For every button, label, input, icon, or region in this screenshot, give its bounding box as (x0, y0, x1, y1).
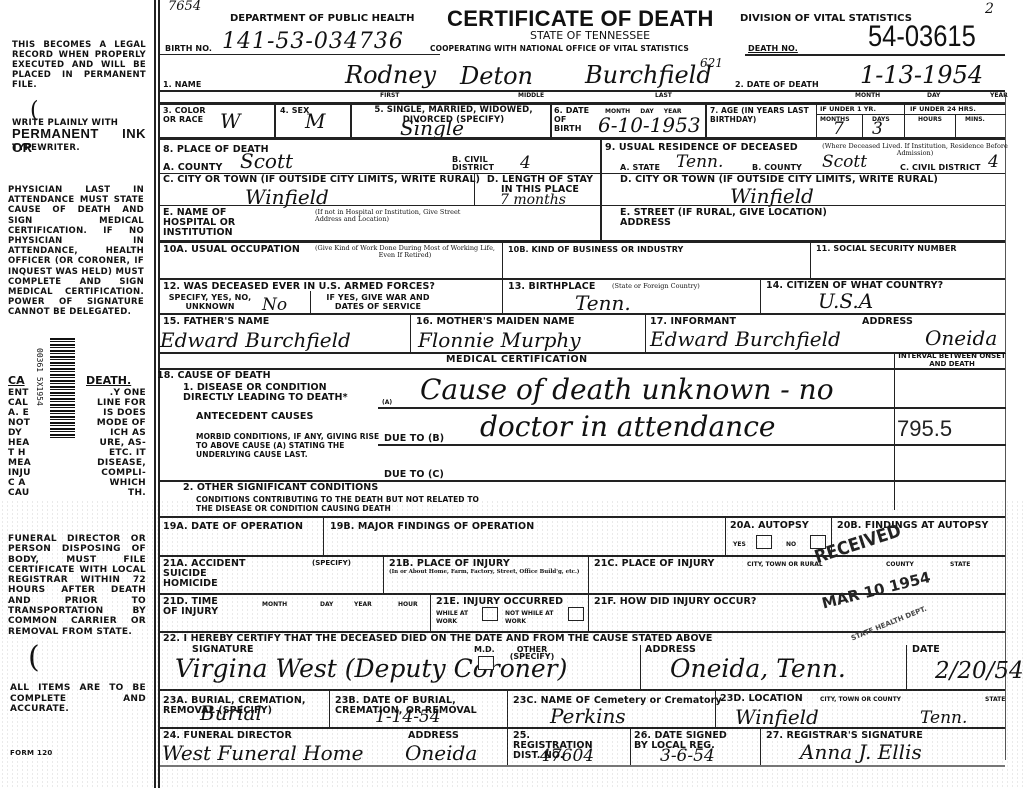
cooperating-label: COOPERATING WITH NATIONAL OFFICE OF VITA… (430, 44, 689, 53)
death-no-value: 54-03615 (868, 20, 976, 54)
divider (760, 729, 761, 765)
section-divider (160, 240, 1005, 243)
armed-forces-label: 12. WAS DECEASED EVER IN U.S. ARMED FORC… (163, 282, 435, 292)
county-label: A. COUNTY (163, 163, 222, 173)
divider (600, 139, 602, 241)
section-divider (160, 313, 1005, 315)
certifier-address-value: Oneida, Tenn. (670, 658, 846, 680)
last-name-value: Burchfield (585, 64, 712, 86)
father-value: Edward Burchfield (160, 329, 351, 351)
certify-date-label: DATE (912, 645, 940, 655)
received-stamp-dept: STATE HEALTH DEPT. (850, 605, 928, 643)
section-divider (160, 102, 1005, 105)
form-border-left-outer (154, 0, 156, 788)
divider (310, 291, 311, 313)
dob-label: 6. DATE OF BIRTH (554, 106, 594, 133)
cause-heading-right: DEATH. (86, 375, 131, 387)
certificate-title: CERTIFICATE OF DEATH (447, 7, 714, 31)
birthplace-note: (State or Foreign Country) (612, 283, 700, 290)
funeral-address-value: Oneida (405, 742, 477, 764)
received-stamp-date: MAR 10 1954 (820, 568, 932, 612)
certify-label: 22. I HEREBY CERTIFY THAT THE DECEASED D… (163, 634, 712, 644)
not-while-work-label: NOT WHILE AT WORK (505, 610, 563, 626)
location-state-value: Tenn. (920, 707, 967, 729)
legal-record-note: THIS BECOMES A LEGAL RECORD WHEN PROPERL… (12, 40, 146, 90)
autopsy-no-label: NO (786, 541, 796, 548)
mins-label: MINS. (965, 116, 985, 123)
divider (323, 518, 324, 556)
form-bottom-border (160, 765, 1005, 767)
middle-name-value: Deton (460, 65, 533, 87)
due-to-c-label: DUE TO (C) (384, 470, 444, 480)
divider (378, 407, 1006, 409)
divider (705, 104, 707, 137)
res-city-value: Winfield (730, 185, 814, 207)
while-work-checkbox[interactable] (482, 607, 498, 621)
divider (906, 645, 907, 689)
place-injury-note: (In or About Home, Farm, Factory, Street… (389, 569, 580, 576)
divider (816, 114, 1006, 115)
cause-of-death-label: 18. CAUSE OF DEATH (157, 371, 271, 381)
war-label: IF YES, GIVE WAR AND DATES OF SERVICE (318, 293, 438, 311)
funeral-director-label: 24. FUNERAL DIRECTOR (163, 731, 292, 741)
autopsy-label: 20A. AUTOPSY (730, 521, 809, 531)
divider (410, 315, 411, 353)
birth-no-label: BIRTH NO. (165, 44, 212, 53)
form-number: FORM 120 (10, 748, 53, 758)
divider (507, 729, 508, 765)
hours-label: HOURS (918, 116, 942, 123)
length-of-stay-value: 7 months (500, 189, 566, 211)
section-divider (160, 516, 1005, 518)
date-signed-value: 3-6-54 (660, 745, 715, 767)
place-injury-c-label: 21C. PLACE OF INJURY (594, 559, 715, 569)
divider (715, 691, 716, 727)
form-border-left-inner (158, 0, 160, 788)
operation-date-label: 19A. DATE OF OPERATION (163, 522, 303, 532)
mother-value: Flonnie Murphy (418, 329, 581, 351)
injury-occurred-label: 21E. INJURY OCCURRED (436, 597, 563, 607)
injury-state-label: STATE (950, 561, 970, 568)
res-civil-label: C. CIVIL DISTRICT (900, 163, 981, 172)
under24-label: IF UNDER 24 HRS. (910, 106, 976, 113)
year-label: YEAR (990, 92, 1008, 99)
section-divider (160, 555, 1005, 557)
occupation-note: (Give Kind of Work Done During Most of W… (315, 245, 495, 259)
birth-no-value: 141-53-034736 (222, 31, 404, 53)
divider (600, 205, 1005, 206)
autopsy-yes-label: YES (733, 541, 746, 548)
civil-district-label: B. CIVIL DISTRICT (452, 156, 512, 172)
divider (160, 368, 1005, 370)
md-checkbox[interactable] (478, 656, 494, 670)
other-conditions-note: CONDITIONS CONTRIBUTING TO THE DEATH BUT… (196, 495, 496, 513)
color-value: W (220, 110, 241, 132)
bracket-mark-icon: ( (28, 640, 40, 675)
date-of-death-label: 2. DATE OF DEATH (735, 80, 819, 89)
location-sub-label: CITY, TOWN OR COUNTY (820, 696, 901, 703)
registration-value: 47604 (540, 745, 594, 767)
location-value: Winfield (735, 706, 819, 728)
divider (383, 556, 384, 594)
accident-label: 21A. ACCIDENT SUICIDE HOMICIDE (163, 559, 253, 589)
time-month-label: MONTH (262, 601, 287, 608)
dob-value: 6-10-1953 (598, 114, 701, 136)
section-divider (160, 689, 1005, 691)
divider (550, 104, 552, 137)
burial-date-value: 1-14-54 (375, 706, 441, 728)
informant-address-label: ADDRESS (862, 317, 913, 327)
city-label: C. CITY OR TOWN (IF OUTSIDE CITY LIMITS,… (163, 175, 480, 185)
cause-heading-left: CA (8, 375, 25, 387)
divider (329, 691, 330, 727)
burial-method-value: Burial (200, 702, 262, 724)
armed-specify-label: SPECIFY, YES, NO, UNKNOWN (165, 293, 255, 311)
md-label: M.D. (474, 646, 495, 653)
informant-address-value: Oneida (925, 327, 997, 349)
res-county-label: B. COUNTY (752, 163, 802, 172)
res-civil-value: 4 (988, 151, 999, 173)
other-specify-label: OTHER (SPECIFY) (507, 646, 557, 660)
time-year-label: YEAR (354, 601, 372, 608)
birth-no-underline (160, 54, 440, 55)
divider (507, 691, 508, 727)
direct-cause-label: 1. DISEASE OR CONDITION DIRECTLY LEADING… (183, 383, 373, 403)
department-label: DEPARTMENT OF PUBLIC HEALTH (230, 13, 414, 24)
informant-value: Edward Burchfield (650, 328, 841, 350)
divider (725, 518, 726, 556)
county-value: Scott (240, 150, 293, 172)
accident-specify-label: (SPECIFY) (312, 560, 351, 567)
under1-label: IF UNDER 1 YR. (820, 106, 876, 113)
day-label: DAY (927, 92, 940, 99)
state-label: STATE OF TENNESSEE (530, 29, 650, 42)
not-while-work-checkbox[interactable] (568, 607, 584, 621)
typewriter-note: TYPEWRITER. (12, 143, 146, 153)
divider (862, 114, 863, 137)
informant-label: 17. INFORMANT (650, 317, 736, 327)
divider (640, 645, 641, 689)
corner-note: 7654 (168, 0, 201, 18)
funeral-director-note: FUNERAL DIRECTOR OR PERSON DISPOSING OF … (8, 534, 146, 637)
middle-label: MIDDLE (518, 92, 544, 99)
state-label: A. STATE (620, 163, 660, 172)
time-injury-label: 21D. TIME OF INJURY (163, 597, 233, 617)
funeral-director-value: West Funeral Home (162, 742, 363, 764)
age-label: 7. AGE (IN YEARS LAST BIRTHDAY) (710, 106, 810, 124)
how-injury-label: 21F. HOW DID INJURY OCCUR? (594, 597, 757, 607)
corner-note-right: 2 (985, 0, 994, 20)
due-to-b-label: DUE TO (B) (384, 434, 444, 444)
divider (160, 205, 600, 206)
interval-label: INTERVAL BETWEEN ONSET AND DEATH (898, 352, 1006, 368)
medical-heading: MEDICAL CERTIFICATION (446, 355, 588, 365)
autopsy-findings-label: 20B. FINDINGS AT AUTOPSY (837, 521, 989, 531)
operation-findings-label: 19B. MAJOR FINDINGS OF OPERATION (330, 522, 534, 532)
first-name-value: Rodney (345, 64, 436, 86)
divider (502, 278, 503, 313)
other-conditions-label: 2. OTHER SIGNIFICANT CONDITIONS (183, 483, 378, 493)
marital-value: Single (400, 117, 464, 139)
last-label: LAST (655, 92, 672, 99)
registrar-signature: Anna J. Ellis (800, 741, 922, 763)
color-label: 3. COLOR OR RACE (163, 106, 213, 124)
barcode-icon (50, 338, 75, 438)
state-value: Tenn. (676, 151, 723, 173)
divider (274, 104, 276, 137)
time-day-label: DAY (320, 601, 333, 608)
month-label: MONTH (855, 92, 880, 99)
mother-label: 16. MOTHER'S MAIDEN NAME (416, 317, 575, 327)
injury-county-label: COUNTY (886, 561, 914, 568)
section-divider (160, 137, 1005, 140)
divider (816, 104, 817, 137)
birthplace-value: Tenn. (575, 292, 631, 314)
sex-value: M (305, 110, 325, 132)
ssn-label: 11. SOCIAL SECURITY NUMBER (816, 244, 957, 253)
divider (760, 278, 761, 313)
hospital-note: (If not in Hospital or Institution, Give… (315, 209, 465, 223)
certify-date-value: 2/20/54 (935, 660, 1024, 682)
while-work-label: WHILE AT WORK (436, 610, 476, 626)
date-of-death-value: 1-13-1954 (860, 64, 983, 86)
certifier-signature: Virgina West (Deputy Coroner) (175, 658, 567, 680)
note-621: 621 (700, 52, 723, 74)
location-state-label: STATE (985, 696, 1005, 703)
res-county-value: Scott (822, 151, 867, 173)
divider (378, 444, 1006, 446)
injury-city-label: CITY, TOWN OR RURAL (747, 561, 823, 568)
funeral-address-label: ADDRESS (408, 731, 459, 741)
cause-right-column: .Y ONE LINE FOR IS DOES MODE OF ICH AS U… (86, 388, 146, 498)
divider (430, 594, 431, 632)
death-no-underline (745, 54, 1005, 56)
divider (474, 173, 475, 206)
divider (904, 104, 905, 137)
antecedent-label: ANTECEDENT CAUSES (196, 412, 313, 422)
death-no-label: DEATH NO. (748, 44, 798, 53)
cause-left-column: ENT CAL A. E NOT DY HEA T H MEA INJU C A… (8, 388, 42, 498)
divider (810, 241, 811, 278)
first-label: FIRST (380, 92, 399, 99)
name-label: 1. NAME (163, 80, 201, 89)
cause-a-value: Cause of death unknown - no (420, 375, 834, 405)
cemetery-value: Perkins (550, 705, 626, 727)
morbid-label: MORBID CONDITIONS, IF ANY, GIVING RISE T… (196, 432, 381, 459)
divider (955, 114, 956, 137)
business-label: 10B. KIND OF BUSINESS OR INDUSTRY (508, 245, 683, 254)
physician-note: PHYSICIAN LAST IN ATTENDANCE MUST STATE … (8, 185, 144, 318)
occupation-label: 10A. USUAL OCCUPATION (163, 245, 300, 255)
father-label: 15. FATHER'S NAME (163, 317, 269, 327)
interval-divider (894, 352, 895, 510)
divider (350, 104, 352, 137)
civil-district-value: 4 (520, 152, 531, 174)
street-label: E. STREET (IF RURAL, GIVE LOCATION) ADDR… (620, 208, 840, 228)
autopsy-yes-checkbox[interactable] (756, 535, 772, 549)
place-injury-label: 21B. PLACE OF INJURY (389, 559, 510, 569)
hospital-label: E. NAME OF HOSPITAL OR INSTITUTION (163, 208, 273, 238)
divider (645, 315, 646, 353)
location-label: 23D. LOCATION (720, 694, 803, 704)
section-divider (160, 727, 1005, 729)
citizen-value: U.S.A (818, 290, 873, 312)
cause-b-value: doctor in attendance (480, 412, 775, 442)
cause-a-label: (A) (382, 399, 392, 406)
complete-note: ALL ITEMS ARE TO BE COMPLETE AND ACCURAT… (10, 683, 146, 715)
divider (630, 729, 631, 765)
time-hour-label: HOUR (398, 601, 418, 608)
cause-b-interval: 795.5 (897, 416, 952, 442)
divider (502, 241, 503, 278)
